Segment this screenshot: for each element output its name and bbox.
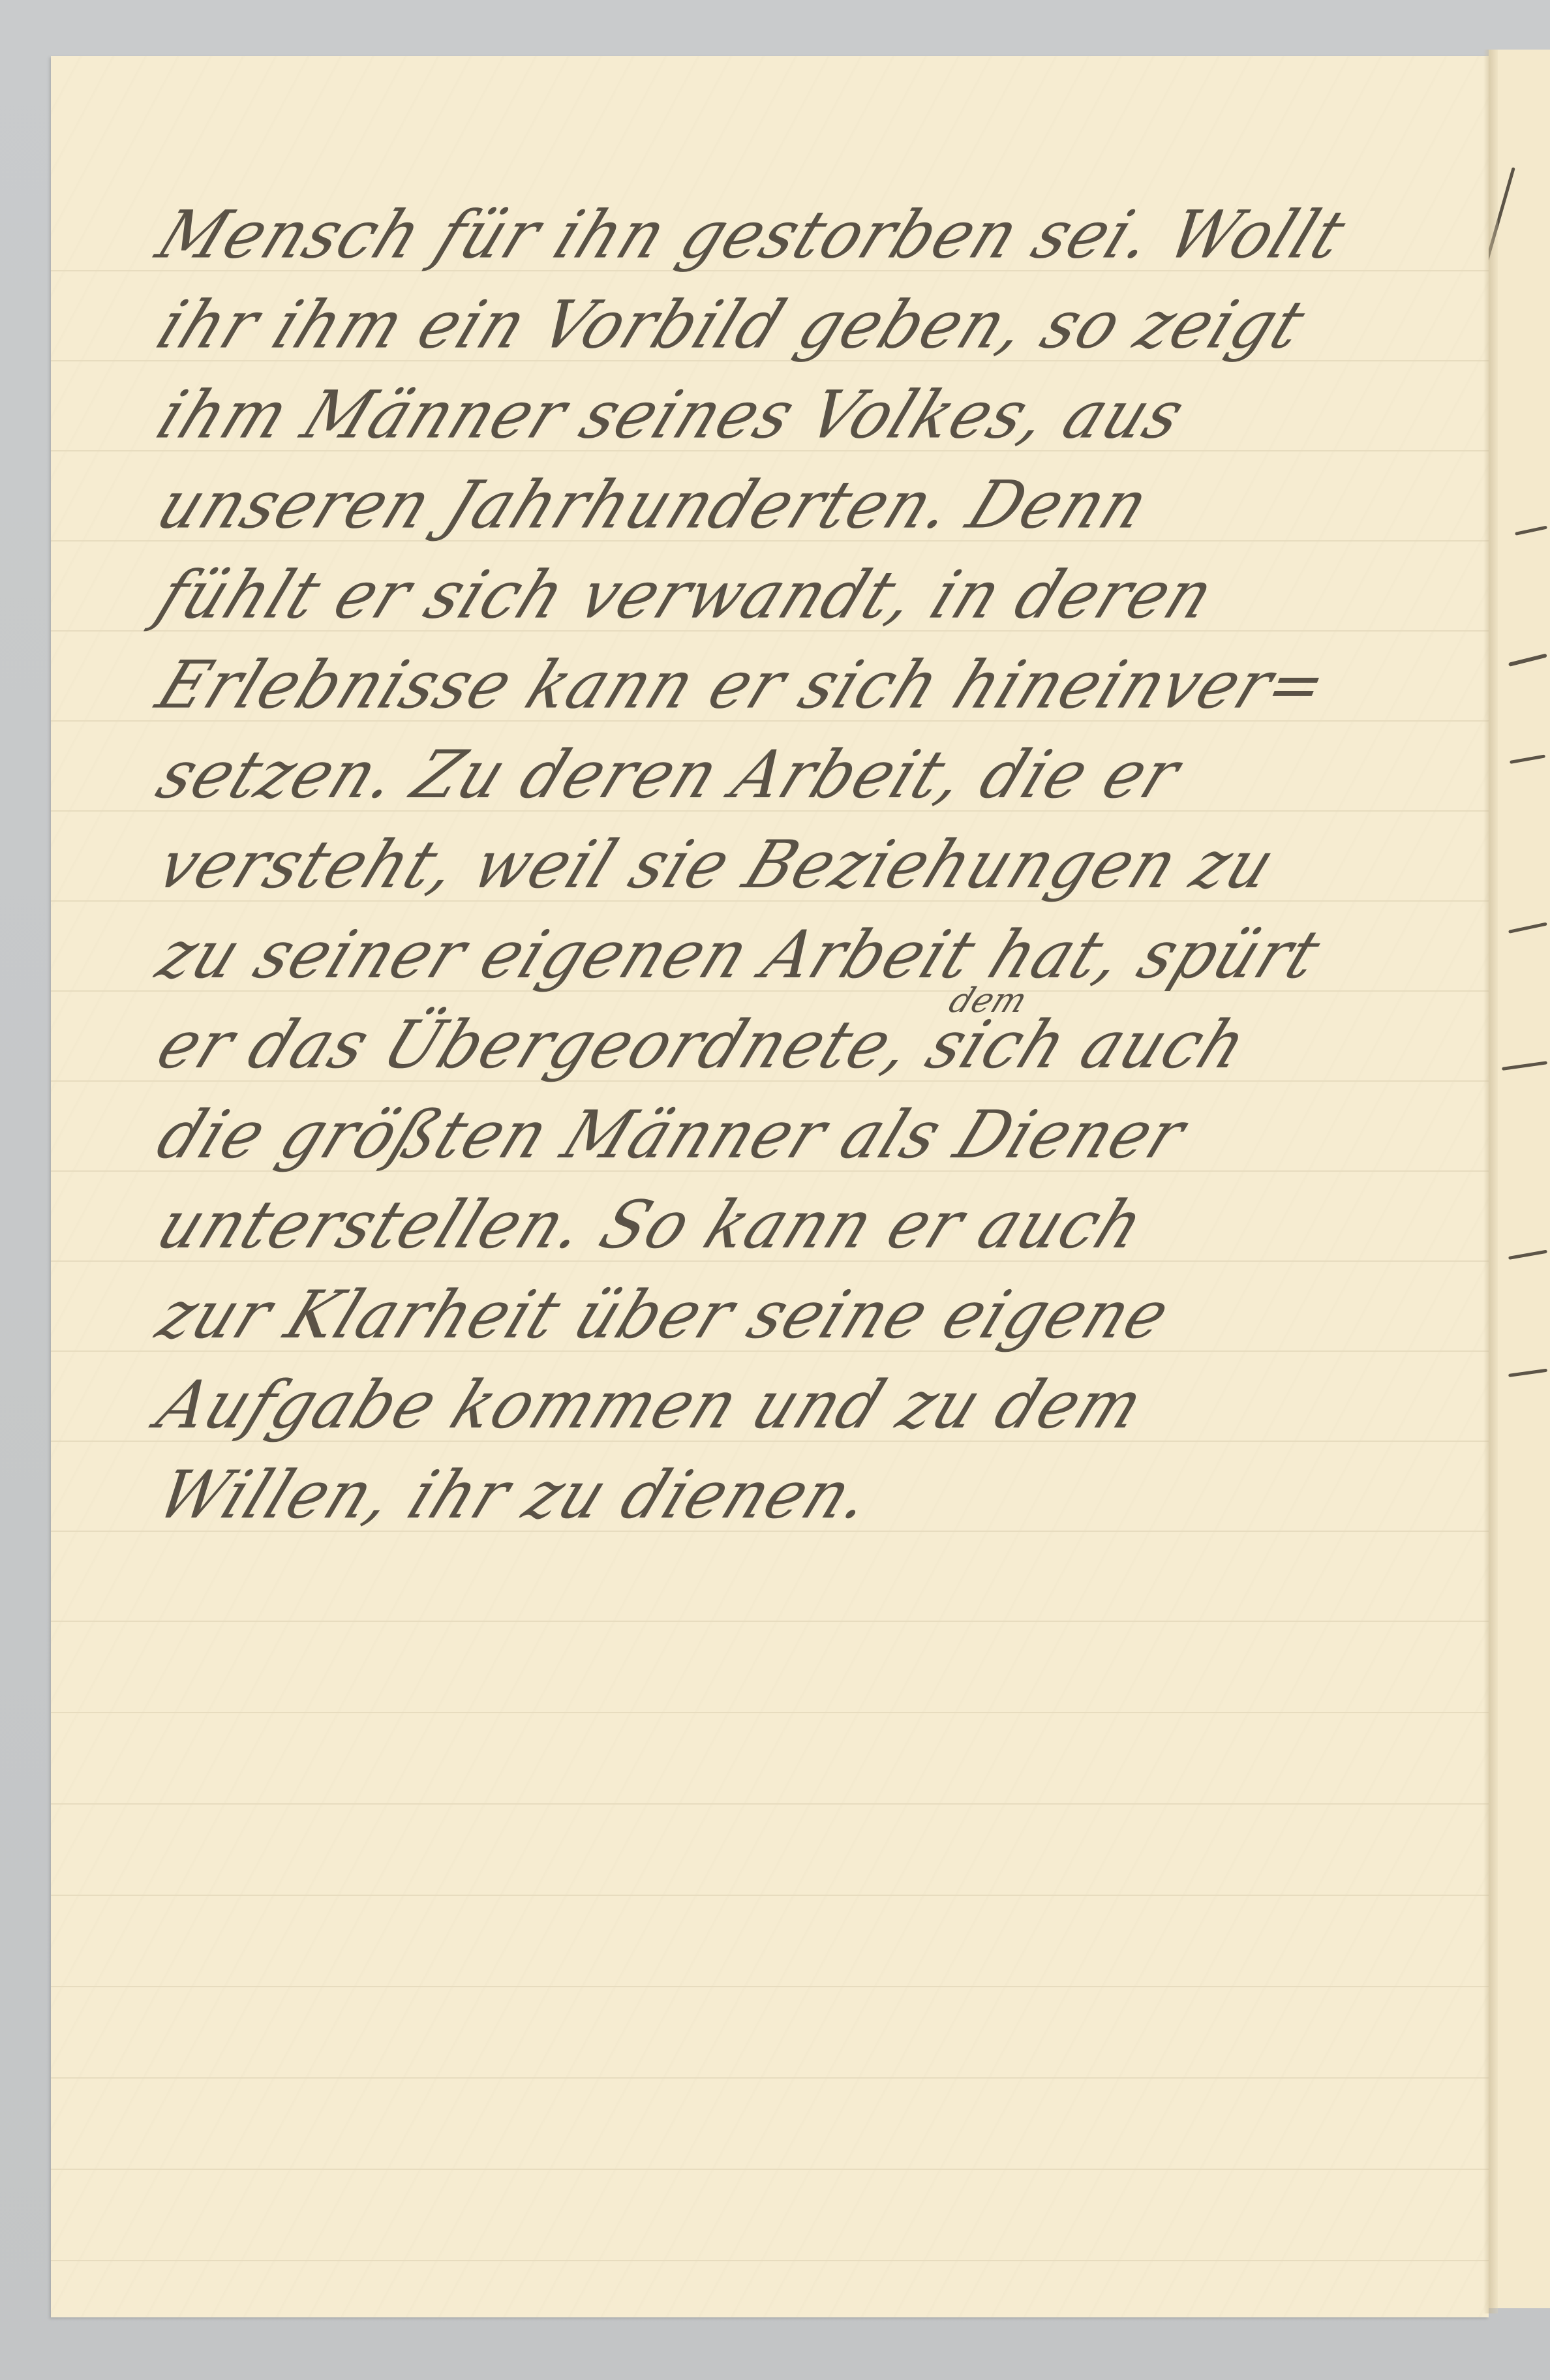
- ruled-line: [51, 2169, 1489, 2170]
- ruled-line: [51, 2077, 1489, 2079]
- adjacent-page-pen-stroke: [1508, 653, 1547, 666]
- handwritten-line-1: Mensch für ihn gestorben sei. Wollt: [149, 202, 1356, 267]
- handwritten-line-9: zu seiner eigenen Arbeit hat, spürt: [149, 922, 1330, 988]
- handwritten-line-13: zur Klarheit über seine eigene: [149, 1282, 1179, 1348]
- handwritten-line-7: setzen. Zu deren Arbeit, die er: [149, 742, 1190, 808]
- handwritten-insertion: dem: [943, 981, 1033, 1020]
- handwritten-line-3: ihm Männer seines Volkes, aus: [149, 382, 1194, 448]
- ruled-line: [51, 1712, 1489, 1713]
- handwritten-line-4: unseren Jahrhunderten. Denn: [149, 472, 1159, 538]
- ruled-line: [51, 2260, 1489, 2261]
- adjacent-page-pen-stroke: [1508, 923, 1547, 934]
- adjacent-page-pen-stroke: [1508, 1250, 1547, 1260]
- letter-page: Mensch für ihn gestorben sei. Wollt ihr …: [51, 56, 1489, 2317]
- ruled-line: [51, 1803, 1489, 1805]
- handwritten-line-10: er das Übergeordnete, sich auch: [149, 1012, 1257, 1078]
- handwritten-line-2: ihr ihm ein Vorbild geben, so zeigt: [149, 292, 1315, 358]
- handwritten-line-6: Erlebnisse kann er sich hineinver=: [149, 652, 1337, 718]
- ruled-line: [51, 1621, 1489, 1622]
- handwritten-line-12: unterstellen. So kann er auch: [149, 1192, 1154, 1258]
- ruled-line: [51, 1986, 1489, 1987]
- adjacent-page-pen-stroke: [1508, 1369, 1547, 1377]
- handwritten-line-8: versteht, weil sie Beziehungen zu: [149, 832, 1285, 898]
- page-fold: [1483, 50, 1498, 2313]
- handwritten-line-5: fühlt er sich verwandt, in deren: [149, 562, 1224, 628]
- adjacent-page-pen-stroke: [1502, 1061, 1547, 1071]
- handwritten-line-11: die größten Männer als Diener: [149, 1102, 1195, 1168]
- handwritten-line-14: Aufgabe kommen und zu dem: [149, 1372, 1153, 1438]
- ruled-line: [51, 1895, 1489, 1896]
- adjacent-page-edge: [1489, 50, 1550, 2308]
- handwritten-line-15: Willen, ihr zu dienen.: [149, 1462, 883, 1528]
- adjacent-page-pen-stroke: [1510, 754, 1545, 763]
- adjacent-page-pen-stroke: [1515, 526, 1547, 536]
